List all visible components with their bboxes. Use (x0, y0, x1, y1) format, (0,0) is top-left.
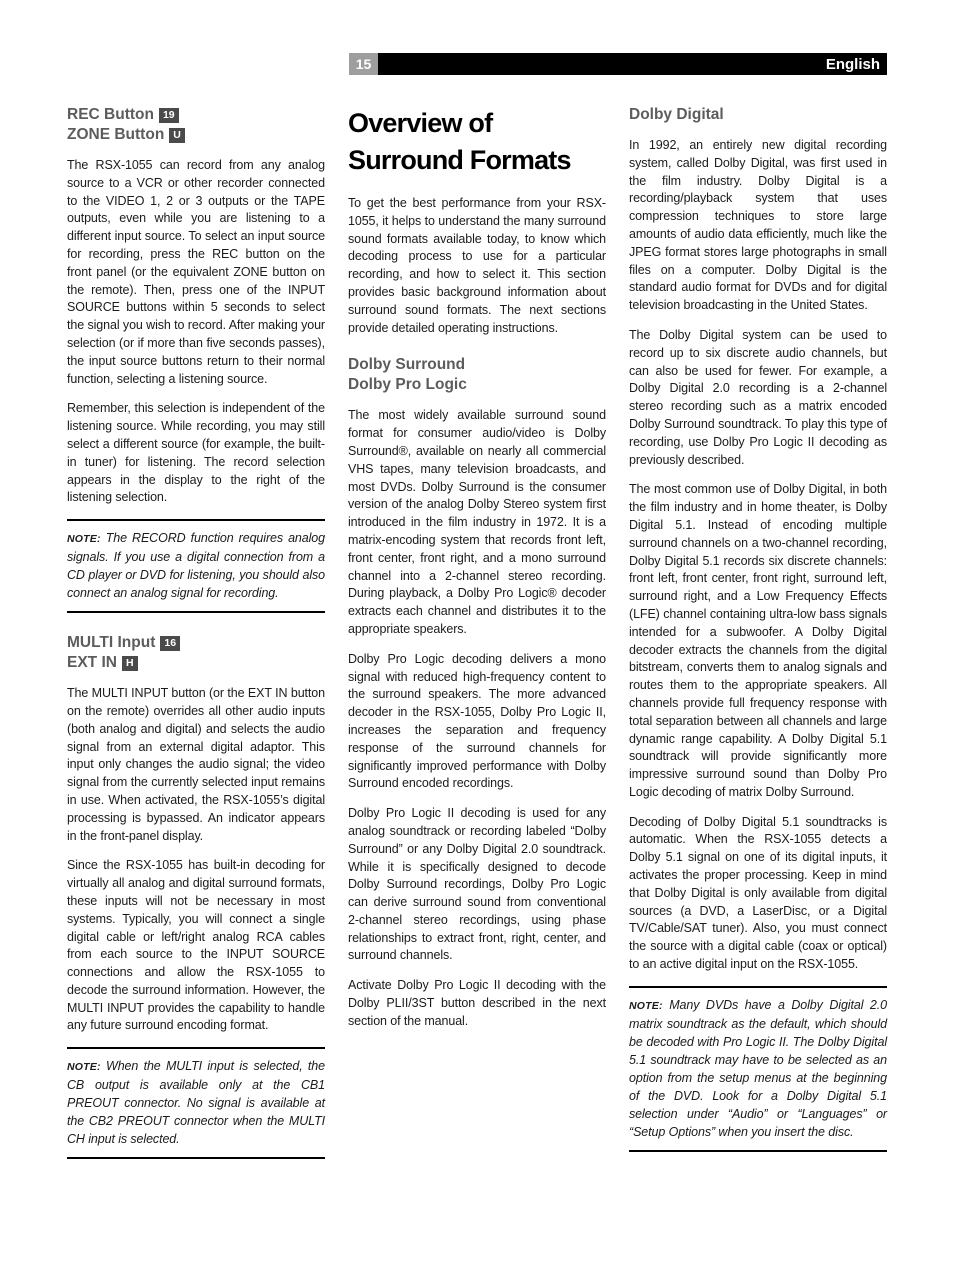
column-left: REC Button19 ZONE ButtonU The RSX-1055 c… (67, 105, 325, 1179)
content-columns: REC Button19 ZONE ButtonU The RSX-1055 c… (67, 105, 888, 1179)
paragraph-ds-1: The most widely available surround sound… (348, 407, 606, 638)
heading-multi-label: MULTI Input (67, 634, 155, 651)
paragraph-ds-3: Dolby Pro Logic II decoding is used for … (348, 805, 606, 965)
paragraph-dd-4: Decoding of Dolby Digital 5.1 soundtrack… (629, 814, 887, 974)
paragraph-dd-2: The Dolby Digital system can be used to … (629, 327, 887, 469)
language-label: English (826, 56, 880, 73)
page-title-line2: Surround Formats (348, 145, 571, 175)
paragraph-dd-1: In 1992, an entirely new digital recordi… (629, 137, 887, 315)
paragraph-rec-1: The RSX-1055 can record from any analog … (67, 157, 325, 388)
paragraph-ds-4: Activate Dolby Pro Logic II decoding wit… (348, 977, 606, 1030)
ref-badge-u: U (169, 128, 185, 143)
column-middle: Overview of Surround Formats To get the … (348, 105, 606, 1179)
paragraph-multi-2: Since the RSX-1055 has built-in decoding… (67, 857, 325, 1035)
note-text: When the MULTI input is selected, the CB… (67, 1059, 325, 1146)
heading-extin-label: EXT IN (67, 654, 117, 671)
ref-badge-19: 19 (159, 108, 179, 123)
note-label: NOTE: (67, 1061, 101, 1073)
section-heading-dolby-digital: Dolby Digital (629, 105, 887, 125)
ref-badge-h: H (122, 656, 138, 671)
paragraph-intro: To get the best performance from your RS… (348, 195, 606, 337)
ref-badge-16: 16 (160, 636, 180, 651)
heading-rec-label: REC Button (67, 106, 154, 123)
header-bar: English (378, 53, 887, 75)
page-title: Overview of Surround Formats (348, 105, 606, 179)
heading-zone-label: ZONE Button (67, 126, 164, 143)
heading-pro-logic-label: Dolby Pro Logic (348, 376, 467, 393)
note-multi-cb: NOTE: When the MULTI input is selected, … (67, 1047, 325, 1159)
note-label: NOTE: (629, 1000, 663, 1012)
paragraph-multi-1: The MULTI INPUT button (or the EXT IN bu… (67, 685, 325, 845)
note-dvd-default: NOTE: Many DVDs have a Dolby Digital 2.0… (629, 986, 887, 1152)
section-heading-dolby-surround: Dolby Surround Dolby Pro Logic (348, 355, 606, 395)
heading-dolby-surround-label: Dolby Surround (348, 356, 465, 373)
page-number: 15 (349, 53, 378, 75)
note-text: Many DVDs have a Dolby Digital 2.0 matri… (629, 998, 887, 1139)
paragraph-ds-2: Dolby Pro Logic decoding delivers a mono… (348, 651, 606, 793)
paragraph-rec-2: Remember, this selection is independent … (67, 400, 325, 507)
note-record-analog: NOTE: The RECORD function requires analo… (67, 519, 325, 613)
note-label: NOTE: (67, 533, 101, 545)
paragraph-dd-3: The most common use of Dolby Digital, in… (629, 481, 887, 801)
section-heading-multi-input: MULTI Input16 EXT INH (67, 633, 325, 673)
page-header: 15 English (349, 53, 887, 75)
section-heading-rec-zone: REC Button19 ZONE ButtonU (67, 105, 325, 145)
column-right: Dolby Digital In 1992, an entirely new d… (629, 105, 887, 1179)
page-title-line1: Overview of (348, 108, 492, 138)
note-text: The RECORD function requires analog sign… (67, 531, 325, 600)
